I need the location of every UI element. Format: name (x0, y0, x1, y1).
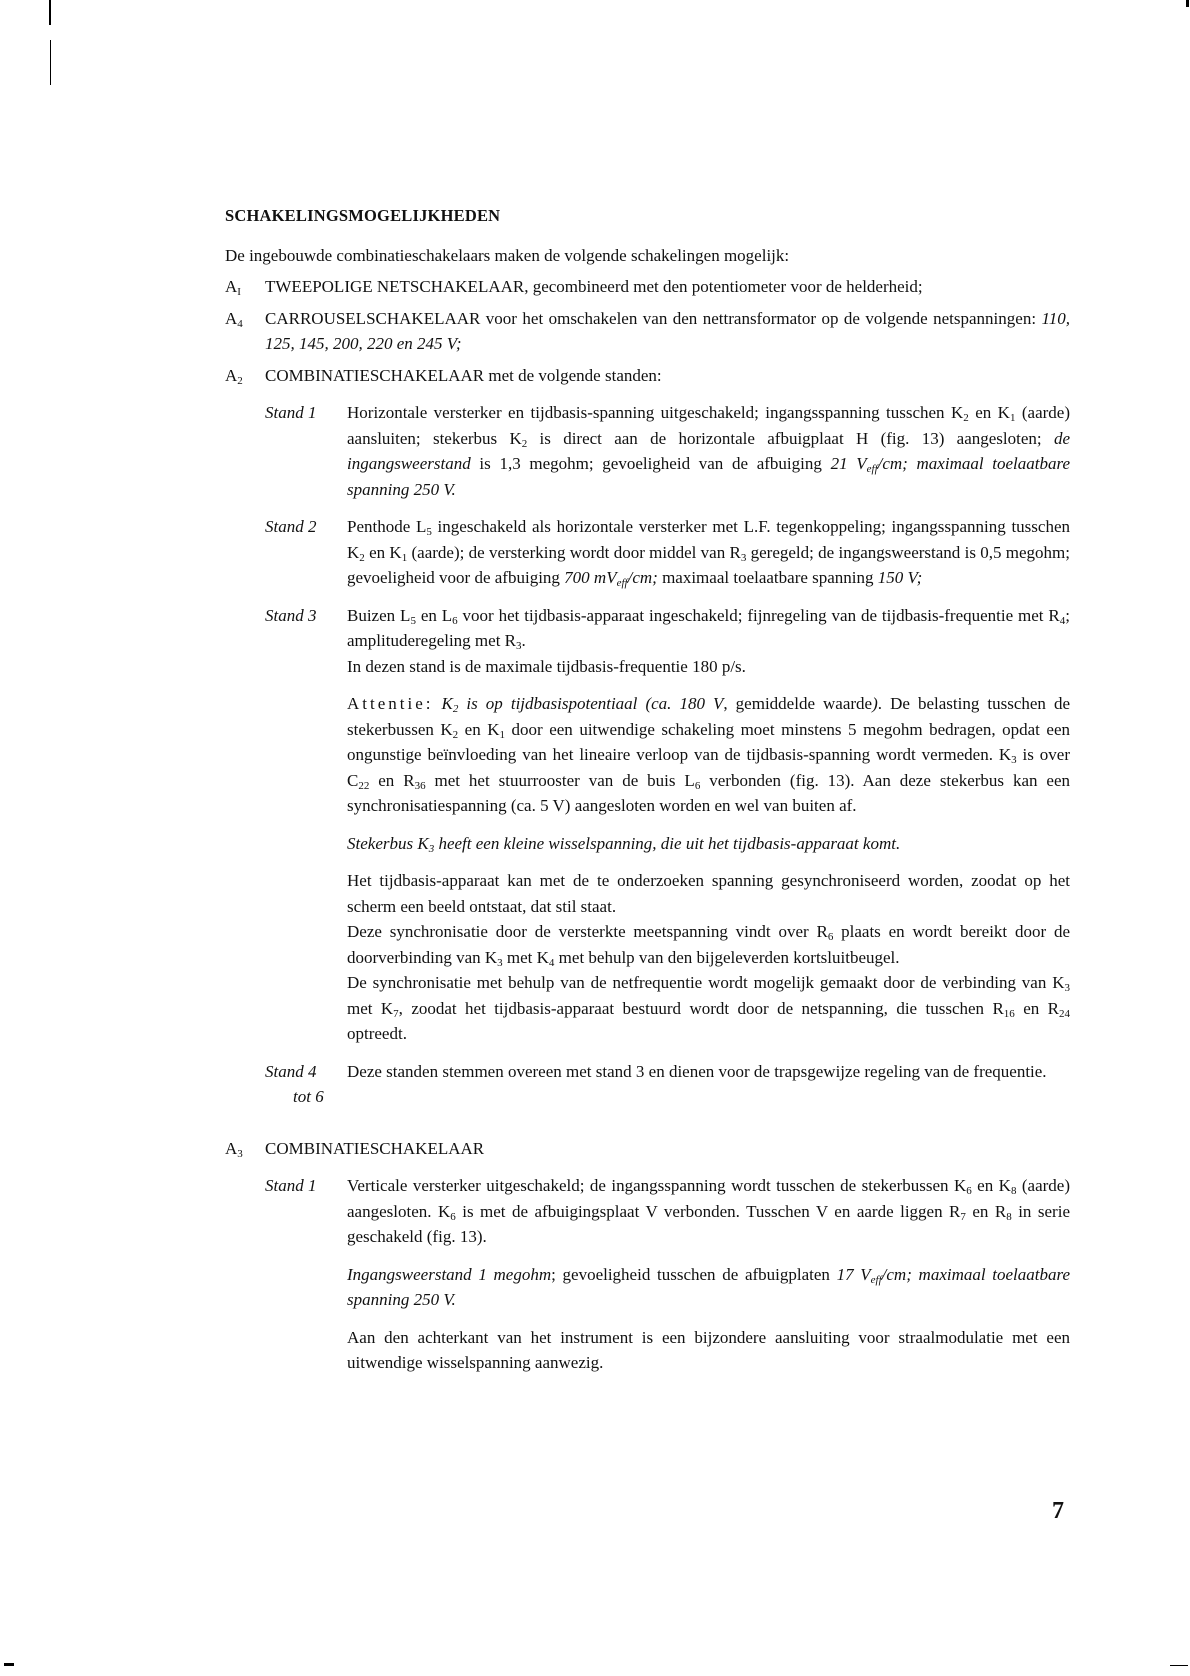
stand-label: Stand 1 (265, 400, 347, 502)
a2-stand-4-6: Stand 4tot 6 Deze standen stemmen overee… (265, 1059, 1070, 1110)
page-heading: SCHAKELINGSMOGELIJKHEDEN (225, 203, 1070, 229)
a3-stand-1-para-3: Aan den achterkant van het instrument is… (347, 1325, 1070, 1376)
a3-stand-1-para-2: Ingangsweerstand 1 megohm; gevoeligheid … (347, 1262, 1070, 1313)
item-body: COMBINATIESCHAKELAAR met de volgende sta… (265, 363, 1070, 389)
scan-mark-bottom-left (4, 1663, 14, 1666)
sync-para-1: Het tijdbasis-apparaat kan met de te ond… (347, 868, 1070, 919)
stand-text: Horizontale versterker en tijdbasis-span… (347, 400, 1070, 502)
sync-para-3: De synchronisatie met behulp van de netf… (347, 970, 1070, 1047)
stekerbus-note: Stekerbus K3 heeft een kleine wisselspan… (347, 831, 1070, 857)
attentie-note: Attentie: K2 is op tijdbasispotentiaal (… (347, 691, 1070, 819)
stand-label: Stand 3 (265, 603, 347, 1047)
document-page: SCHAKELINGSMOGELIJKHEDEN De ingebouwde c… (0, 0, 1190, 1676)
item-code: A4 (225, 306, 265, 357)
switch-item-a1: AI TWEEPOLIGE NETSCHAKELAAR, gecombineer… (225, 274, 1070, 300)
stand-text: Buizen L5 en L6 voor het tijdbasis-appar… (347, 603, 1070, 1047)
page-number: 7 (1052, 1498, 1064, 1525)
a2-stand-1: Stand 1 Horizontale versterker en tijdba… (265, 400, 1070, 502)
stand-3-max-frequency: In dezen stand is de maximale tijdbasis-… (347, 654, 1070, 680)
stand-label: Stand 4tot 6 (265, 1059, 347, 1110)
document-body: SCHAKELINGSMOGELIJKHEDEN De ingebouwde c… (225, 203, 1070, 1376)
sync-para-2: Deze synchronisatie door de versterkte m… (347, 919, 1070, 970)
stand-3-para-1: Buizen L5 en L6 voor het tijdbasis-appar… (347, 603, 1070, 654)
switch-item-a4: A4 CARROUSELSCHAKELAAR voor het omschake… (225, 306, 1070, 357)
switch-item-a2: A2 COMBINATIESCHAKELAAR met de volgende … (225, 363, 1070, 389)
stand-label: Stand 2 (265, 514, 347, 591)
a3-stand-1-para-1: Verticale versterker uitgeschakeld; de i… (347, 1173, 1070, 1250)
a2-stand-3: Stand 3 Buizen L5 en L6 voor het tijdbas… (265, 603, 1070, 1047)
switch-item-a3: A3 COMBINATIESCHAKELAAR (225, 1136, 1070, 1162)
a3-stand-1: Stand 1 Verticale versterker uitgeschake… (265, 1173, 1070, 1376)
item-body: CARROUSELSCHAKELAAR voor het omschakelen… (265, 306, 1070, 357)
scan-mark-left (49, 0, 51, 25)
stand-label: Stand 1 (265, 1173, 347, 1376)
scan-mark-left-line (50, 40, 51, 85)
item-body: TWEEPOLIGE NETSCHAKELAAR, gecombineerd m… (265, 274, 1070, 300)
intro-text: De ingebouwde combinatieschakelaars make… (225, 243, 1070, 269)
scan-mark-right (1186, 0, 1189, 7)
stand-text: Verticale versterker uitgeschakeld; de i… (347, 1173, 1070, 1376)
a2-stand-2: Stand 2 Penthode L5 ingeschakeld als hor… (265, 514, 1070, 591)
item-code: A3 (225, 1136, 265, 1162)
item-body: COMBINATIESCHAKELAAR (265, 1136, 1070, 1162)
scan-mark-bottom-right (1170, 1665, 1188, 1666)
stand-text: Deze standen stemmen overeen met stand 3… (347, 1059, 1070, 1110)
attentie-label: Attentie: (347, 694, 433, 713)
item-code: A2 (225, 363, 265, 389)
stand-text: Penthode L5 ingeschakeld als horizontale… (347, 514, 1070, 591)
item-code: AI (225, 274, 265, 300)
